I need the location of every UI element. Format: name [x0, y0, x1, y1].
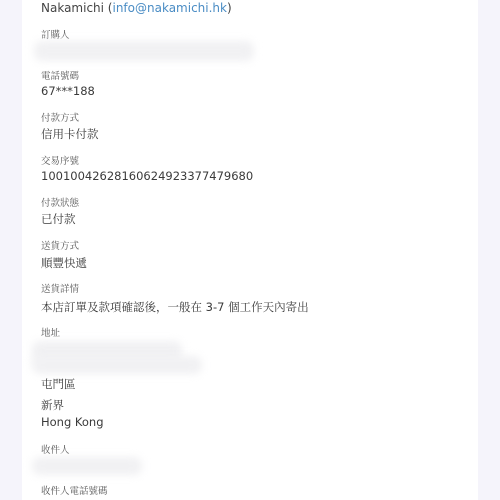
recipient-value-redacted [32, 457, 142, 475]
address-label: 地址 [41, 325, 60, 339]
payment-status-label: 付款狀態 [41, 195, 79, 209]
order-details-card: Nakamichi (info@nakamichi.hk) 訂購人 電話號碼 6… [22, 0, 478, 500]
seller-name: Nakamichi [41, 1, 104, 15]
address-region: 新界 [41, 397, 64, 413]
phone-label: 電話號碼 [41, 68, 79, 82]
close-paren: ) [227, 1, 232, 15]
recipient-label: 收件人 [41, 442, 70, 456]
recipient-phone-label: 收件人電話號碼 [41, 483, 108, 497]
transaction-id-value: 1001004262816062492337747968​0 [41, 169, 253, 183]
phone-value: 67***188 [41, 84, 95, 98]
delivery-method-label: 送貨方式 [41, 238, 79, 252]
delivery-details-value: 本店訂單及款項確認後，一般在 3-7 個工作天內寄出 [41, 299, 309, 315]
seller-email-link[interactable]: info@nakamichi.hk [112, 1, 227, 15]
seller-line: Nakamichi (info@nakamichi.hk) [41, 1, 232, 15]
orderer-value-redacted [34, 41, 254, 61]
delivery-details-label: 送貨詳情 [41, 281, 79, 295]
transaction-id-label: 交易序號 [41, 153, 79, 167]
payment-status-value: 已付款 [41, 211, 76, 227]
payment-method-value: 信用卡付款 [41, 126, 99, 142]
delivery-method-value: 順豐快遞 [41, 255, 87, 271]
payment-method-label: 付款方式 [41, 110, 79, 124]
address-line-redacted-2 [32, 356, 202, 374]
orderer-label: 訂購人 [41, 27, 70, 41]
address-country: Hong Kong [41, 415, 104, 429]
address-district: 屯門區 [41, 376, 76, 392]
